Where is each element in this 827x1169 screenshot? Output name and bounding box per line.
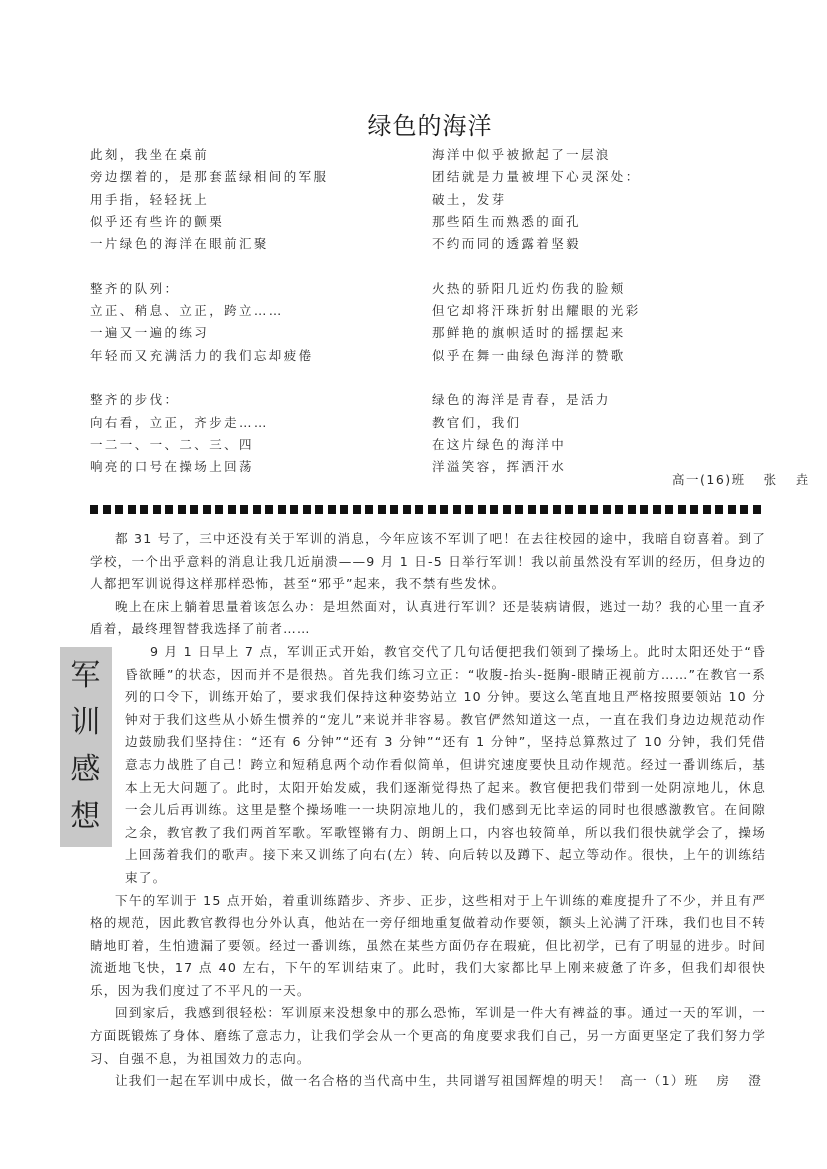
poem-line: 一遍又一遍的练习 bbox=[90, 322, 328, 344]
poem-line: 向右看，立正，齐步走…… bbox=[90, 412, 328, 434]
poem-line: 一二一、一、二、三、四 bbox=[90, 434, 328, 456]
divider-square bbox=[715, 505, 723, 514]
poem-line: 但它却将汗珠折射出耀眼的光彩 bbox=[432, 300, 641, 322]
divider-square bbox=[153, 505, 161, 514]
poem-line: 那鲜艳的旗帜适时的摇摆起来 bbox=[432, 322, 641, 344]
poem-line: 似乎还有些许的颤栗 bbox=[90, 211, 328, 233]
divider-square bbox=[415, 505, 423, 514]
divider-square bbox=[515, 505, 523, 514]
divider-square bbox=[328, 505, 336, 514]
divider-square bbox=[565, 505, 573, 514]
author-name-part: 澄 bbox=[748, 1073, 762, 1088]
poem-line: 整齐的步伐： bbox=[90, 389, 328, 411]
divider-square bbox=[690, 505, 698, 514]
side-title-char: 感 bbox=[70, 755, 101, 785]
divider-square bbox=[228, 505, 236, 514]
poem-line: 那些陌生而熟悉的面孔 bbox=[432, 211, 641, 233]
divider-square bbox=[665, 505, 673, 514]
side-title-char: 想 bbox=[70, 802, 101, 832]
essay-body: 都 31 号了，三中还没有关于军训的消息，今年应该不军训了吧！在去往校园的途中，… bbox=[90, 528, 766, 1093]
divider-square bbox=[503, 505, 511, 514]
divider-square bbox=[215, 505, 223, 514]
poem-column-right: 海洋中似乎被掀起了一层浪 团结就是力量被埋下心灵深处： 破土，发芽 那些陌生而熟… bbox=[432, 144, 641, 478]
essay-inset-section: 军 训 感 想 9 月 1 日早上 7 点，军训正式开始，教官交代了几句话便把我… bbox=[90, 641, 766, 890]
divider-square bbox=[128, 505, 136, 514]
author-name-part: 垚 bbox=[796, 472, 810, 487]
poem-line: 旁边摆着的，是那套蓝绿相间的军服 bbox=[90, 166, 328, 188]
divider-square bbox=[403, 505, 411, 514]
poem-line: 立正、稍息、立正，跨立…… bbox=[90, 300, 328, 322]
author-class: 高一（1）班 bbox=[620, 1073, 698, 1088]
divider-square bbox=[178, 505, 186, 514]
poem-line: 团结就是力量被埋下心灵深处： bbox=[432, 166, 641, 188]
poem-line: 似乎在舞一曲绿色海洋的赞歌 bbox=[432, 345, 641, 367]
essay-paragraph: 晚上在床上躺着思量着该怎么办：是坦然面对，认真进行军训？还是装病请假，逃过一劫？… bbox=[90, 596, 766, 641]
poem-line: 教官们，我们 bbox=[432, 412, 641, 434]
divider-square bbox=[190, 505, 198, 514]
poem-line: 年轻而又充满活力的我们忘却疲倦 bbox=[90, 345, 328, 367]
divider-square bbox=[365, 505, 373, 514]
poem-line: 不约而同的透露着坚毅 bbox=[432, 233, 641, 255]
poem-line: 在这片绿色的海洋中 bbox=[432, 434, 641, 456]
divider-square bbox=[465, 505, 473, 514]
divider-square bbox=[453, 505, 461, 514]
stanza-break bbox=[90, 255, 328, 277]
poem-line: 破土，发芽 bbox=[432, 189, 641, 211]
divider-square bbox=[578, 505, 586, 514]
stanza-break bbox=[90, 367, 328, 389]
poem-line: 响亮的口号在操场上回荡 bbox=[90, 456, 328, 478]
divider-square bbox=[753, 505, 761, 514]
divider-square bbox=[703, 505, 711, 514]
divider-square bbox=[115, 505, 123, 514]
divider-square bbox=[315, 505, 323, 514]
divider-square bbox=[353, 505, 361, 514]
divider-square bbox=[378, 505, 386, 514]
divider-square bbox=[440, 505, 448, 514]
poem-author-signature: 高一(16)班张垚 bbox=[672, 470, 810, 488]
poem-title: 绿色的海洋 bbox=[0, 106, 827, 141]
closing-sentence: 让我们一起在军训中成长，做一名合格的当代高中生，共同谱写祖国辉煌的明天！ bbox=[115, 1070, 612, 1093]
divider-square bbox=[290, 505, 298, 514]
poem-line: 洋溢笑容，挥洒汗水 bbox=[432, 456, 641, 478]
divider-square bbox=[728, 505, 736, 514]
poem-line: 整齐的队列： bbox=[90, 278, 328, 300]
side-title-char: 军 bbox=[70, 661, 101, 691]
divider-square bbox=[90, 505, 98, 514]
divider-square bbox=[240, 505, 248, 514]
stanza-break bbox=[432, 255, 641, 277]
divider-square bbox=[590, 505, 598, 514]
poem-line: 绿色的海洋是青春，是活力 bbox=[432, 389, 641, 411]
divider-square bbox=[528, 505, 536, 514]
divider-square bbox=[740, 505, 748, 514]
essay-paragraph: 都 31 号了，三中还没有关于军训的消息，今年应该不军训了吧！在去往校园的途中，… bbox=[90, 528, 766, 596]
divider-square bbox=[615, 505, 623, 514]
divider-square bbox=[253, 505, 261, 514]
side-title-char: 训 bbox=[70, 708, 101, 738]
divider-square bbox=[628, 505, 636, 514]
stanza-break bbox=[432, 367, 641, 389]
author-name-part: 张 bbox=[764, 472, 778, 487]
divider-square bbox=[428, 505, 436, 514]
divider-square bbox=[303, 505, 311, 514]
divider-square bbox=[653, 505, 661, 514]
divider-square bbox=[553, 505, 561, 514]
essay-author-signature: 高一（1）班房澄 bbox=[620, 1070, 766, 1093]
divider-square bbox=[103, 505, 111, 514]
divider-square bbox=[478, 505, 486, 514]
divider-square bbox=[203, 505, 211, 514]
divider-square bbox=[390, 505, 398, 514]
poem-column-left: 此刻，我坐在桌前 旁边摆着的，是那套蓝绿相间的军服 用手指，轻轻抚上 似乎还有些… bbox=[90, 144, 328, 478]
essay-closing-line: 让我们一起在军训中成长，做一名合格的当代高中生，共同谱写祖国辉煌的明天！ 高一（… bbox=[90, 1070, 766, 1093]
section-divider bbox=[90, 505, 762, 514]
divider-square bbox=[265, 505, 273, 514]
divider-square bbox=[678, 505, 686, 514]
poem-line: 火热的骄阳几近灼伤我的脸颊 bbox=[432, 278, 641, 300]
divider-square bbox=[640, 505, 648, 514]
poem-line: 海洋中似乎被掀起了一层浪 bbox=[432, 144, 641, 166]
essay-paragraph: 下午的军训于 15 点开始，着重训练踏步、齐步、正步，这些相对于上午训练的难度提… bbox=[90, 890, 766, 1003]
divider-square bbox=[278, 505, 286, 514]
author-class: 高一(16)班 bbox=[672, 472, 746, 487]
divider-square bbox=[140, 505, 148, 514]
divider-square bbox=[603, 505, 611, 514]
essay-side-title-box: 军 训 感 想 bbox=[60, 647, 112, 847]
poem-line: 此刻，我坐在桌前 bbox=[90, 144, 328, 166]
divider-square bbox=[165, 505, 173, 514]
poem-line: 一片绿色的海洋在眼前汇聚 bbox=[90, 233, 328, 255]
essay-paragraph: 回到家后，我感到很轻松：军训原来没想象中的那么恐怖，军训是一件大有裨益的事。通过… bbox=[90, 1002, 766, 1070]
author-name-part: 房 bbox=[716, 1073, 730, 1088]
divider-square bbox=[340, 505, 348, 514]
divider-square bbox=[490, 505, 498, 514]
poem-line: 用手指，轻轻抚上 bbox=[90, 189, 328, 211]
essay-paragraph: 9 月 1 日早上 7 点，军训正式开始，教官交代了几句话便把我们领到了操场上。… bbox=[125, 641, 766, 890]
divider-square bbox=[540, 505, 548, 514]
